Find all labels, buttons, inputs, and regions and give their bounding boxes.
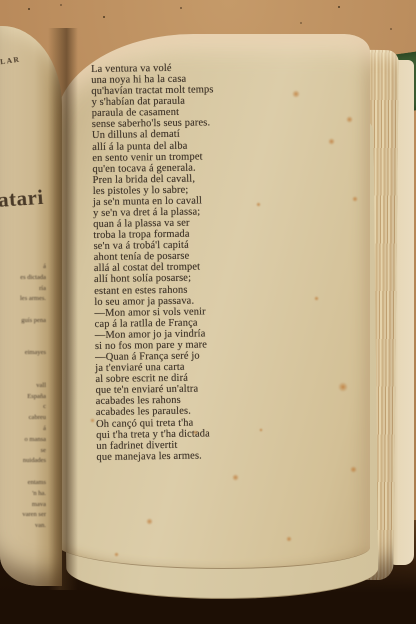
left-page-line-fragment: les armes. [0, 294, 46, 305]
left-page-line-fragment [0, 338, 46, 349]
left-page-line-fragment: España [0, 392, 46, 403]
foxing-spot [90, 418, 95, 423]
left-page-line-fragment: es dictada [0, 273, 46, 284]
foxing-spot [146, 518, 153, 525]
left-page-line-fragment: eimayes [0, 348, 46, 359]
foxing-spot [193, 430, 198, 435]
foxing-spot [256, 202, 261, 207]
left-page-line-fragment: c [0, 402, 46, 413]
left-page-line-fragment: nuidades [0, 456, 46, 467]
cardboard-speck [390, 28, 392, 30]
foxing-spot [352, 196, 358, 202]
cardboard-speck [180, 7, 182, 9]
foxing-spot [350, 466, 357, 473]
left-page-text-fragments: áes dictadaríales armes. guís pena eimay… [0, 262, 46, 532]
foxing-spot [338, 382, 348, 392]
left-page-line-fragment: van. [0, 521, 46, 532]
left-page-line-fragment: á [0, 424, 46, 435]
cardboard-speck [28, 8, 30, 10]
cardboard-speck [103, 16, 105, 18]
left-page-title-fragment: atari [0, 184, 55, 213]
foxing-spot [292, 90, 300, 98]
left-page-line-fragment: vall [0, 381, 46, 392]
foxing-spot [114, 552, 119, 557]
left-page-line-fragment [0, 327, 46, 338]
left-page-line-fragment [0, 370, 46, 381]
left-page-line-fragment [0, 305, 46, 316]
left-page-line-fragment: ría [0, 284, 46, 295]
left-page-line-fragment: entams [0, 478, 46, 489]
foxing-spot [328, 138, 335, 145]
left-page-line-fragment: o mansa [0, 435, 46, 446]
left-page-line-fragment: varen ser [0, 510, 46, 521]
cardboard-speck [300, 22, 302, 24]
left-page-line-fragment: mava [0, 500, 46, 511]
foxing-spot [346, 116, 353, 123]
left-page-line-fragment [0, 359, 46, 370]
left-page-line-fragment: cabreu [0, 413, 46, 424]
foxing-spot [259, 428, 263, 432]
cardboard-speck [60, 4, 62, 6]
foxing-spot [314, 296, 319, 301]
left-page-line-fragment: 'n ha. [0, 489, 46, 500]
left-page-line-fragment: guís pena [0, 316, 46, 327]
book-photo: LAR atari áes dictadaríales armes. guís … [0, 0, 416, 624]
left-page-line-fragment: se [0, 446, 46, 457]
cardboard-speck [338, 6, 340, 8]
left-page-line-fragment: á [0, 262, 46, 273]
left-page-line-fragment [0, 467, 46, 478]
poem-text-block: La ventura va voléuna noya hi ha la casa… [91, 61, 327, 463]
foxing-spot [286, 536, 292, 542]
foxing-spot [232, 474, 239, 481]
